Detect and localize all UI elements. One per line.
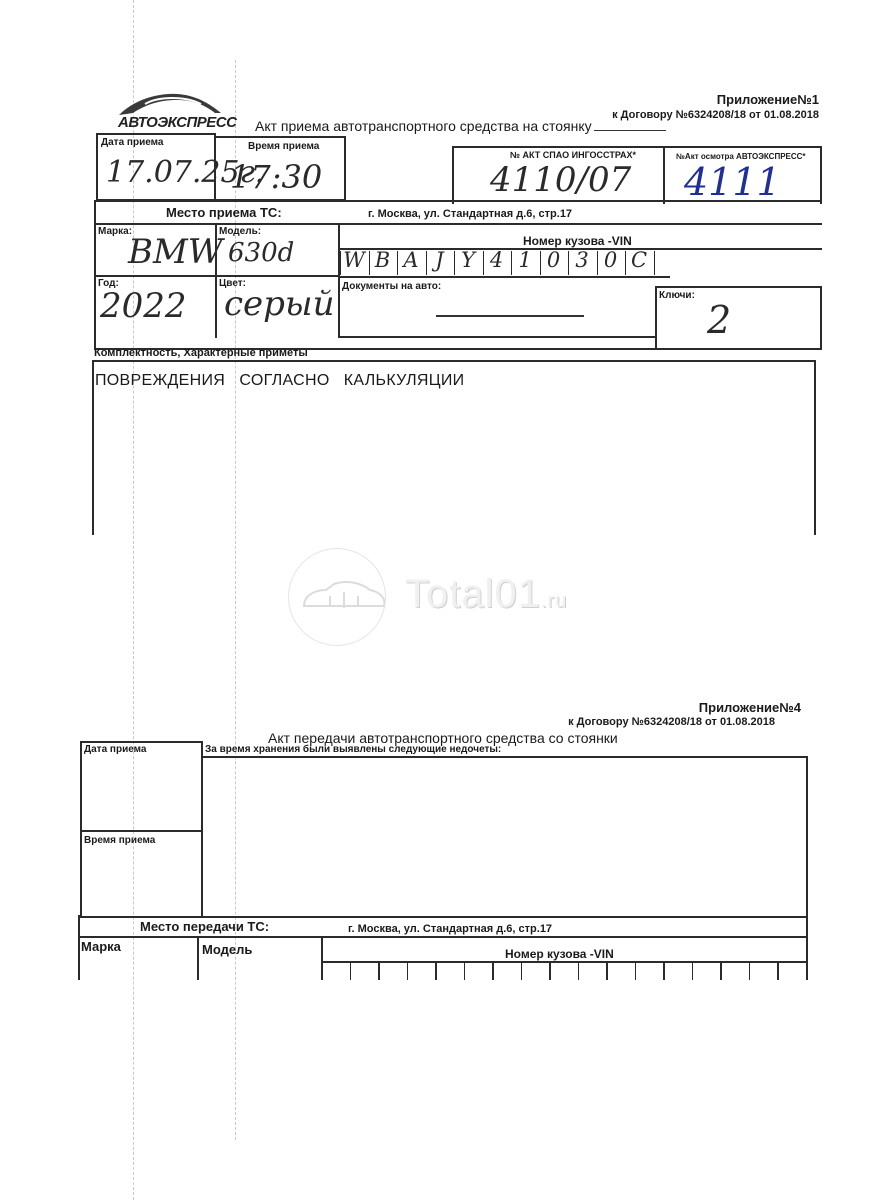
form2-brand-label: Марка — [81, 939, 121, 954]
divider — [663, 146, 665, 204]
form2-place-value: г. Москва, ул. Стандартная д.6, стр.17 — [348, 923, 552, 935]
features-value: ПОВРЕЖДЕНИЯ СОГЛАСНО КАЛЬКУЛЯЦИИ — [95, 372, 464, 390]
divider — [655, 286, 657, 350]
vin-cell-divider — [521, 962, 523, 980]
vin-cell-divider — [635, 962, 637, 980]
place-value: г. Москва, ул. Стандартная д.6, стр.17 — [368, 208, 572, 220]
divider — [94, 223, 822, 225]
vin-cell-divider — [492, 962, 494, 980]
vin-char: 1 — [512, 248, 538, 272]
vin-cell-divider — [578, 962, 580, 980]
form2-defects-label: За время хранения были выявлены следующи… — [205, 744, 501, 755]
watermark-text: Total01.ru — [405, 572, 567, 617]
vin-cell-divider — [692, 962, 694, 980]
form2-time-label: Время приема — [84, 835, 155, 846]
brand-label: Марка: — [98, 226, 132, 237]
vin-cell-divider — [549, 962, 551, 980]
vin-cell-divider — [464, 962, 466, 980]
model-label: Модель: — [219, 226, 261, 237]
features-label: Комплектность, Характерные приметы — [94, 347, 308, 359]
time-value: 17:30 — [230, 158, 322, 196]
vin-cell-divider — [435, 962, 437, 980]
keys-label: Ключи: — [659, 290, 695, 301]
vin-cell-divider — [606, 962, 608, 980]
time-field[interactable]: Время приема 17:30 — [214, 136, 346, 201]
vin-char: 4 — [484, 248, 510, 272]
form2-date-label: Дата приема — [84, 744, 146, 755]
date-label: Дата приема — [101, 137, 163, 148]
vin-char: W — [341, 248, 367, 272]
vin-char: C — [626, 248, 652, 272]
keys-value[interactable]: 2 — [707, 298, 731, 342]
year-value[interactable]: 2022 — [100, 286, 187, 326]
vin-cell-divider — [654, 251, 655, 275]
appendix-1-heading: Приложение№1 — [717, 92, 819, 107]
divider — [78, 915, 80, 980]
divider — [820, 286, 822, 350]
divider — [78, 936, 808, 938]
vin-char: J — [427, 248, 453, 272]
appendix-4-heading: Приложение№4 — [699, 700, 801, 715]
vin-label: Номер кузова -VIN — [523, 234, 632, 248]
form2-vin-input-cells[interactable] — [321, 962, 806, 980]
vin-char: 0 — [541, 248, 567, 272]
documents-label: Документы на авто: — [342, 281, 441, 292]
vin-input-cells[interactable]: WBAJY41030C — [340, 250, 670, 276]
place-label: Место приема ТС: — [166, 205, 282, 220]
autoexpress-logo: АВТОЭКСПРЕСС — [118, 114, 236, 131]
divider — [197, 937, 199, 980]
divider — [340, 276, 670, 278]
vin-char: 3 — [569, 248, 595, 272]
divider — [94, 275, 338, 277]
form1-title: Акт приема автотранспортного средства на… — [255, 118, 666, 134]
vin-cell-divider — [720, 962, 722, 980]
vin-cell-divider — [777, 962, 779, 980]
form2-defects-field[interactable] — [201, 756, 808, 918]
car-silhouette-icon — [115, 89, 225, 117]
form2-model-label: Модель — [202, 942, 252, 957]
divider — [655, 286, 822, 288]
documents-dash — [436, 315, 584, 317]
model-value[interactable]: 630d — [228, 238, 294, 268]
time-label: Время приема — [248, 141, 319, 152]
autoexpress-act-value[interactable]: 4111 — [684, 160, 781, 204]
divider — [338, 223, 340, 338]
ingos-act-value[interactable]: 4110/07 — [490, 160, 631, 200]
date-field[interactable]: Дата приема 17.07.25г. — [96, 133, 216, 201]
form2-place-label: Место передачи ТС: — [140, 919, 269, 934]
divider — [94, 200, 822, 202]
vin-char: A — [398, 248, 424, 272]
color-value[interactable]: серый — [224, 284, 335, 324]
vin-cell-divider — [663, 962, 665, 980]
vin-cell-divider — [407, 962, 409, 980]
form2-vin-label: Номер кузова -VIN — [505, 947, 614, 961]
vin-cell-divider — [350, 962, 352, 980]
ingos-act-label: № АКТ СПАО ИНГОССТРАХ* — [510, 150, 636, 160]
vin-char: 0 — [598, 248, 624, 272]
vin-cell-divider — [749, 962, 751, 980]
car-outline-icon — [300, 578, 390, 618]
divider — [340, 336, 656, 338]
brand-value[interactable]: BMW — [128, 232, 223, 272]
vin-char: Y — [455, 248, 481, 272]
divider — [806, 915, 808, 980]
vin-char: B — [370, 248, 396, 272]
divider — [80, 830, 202, 832]
contract-reference-4: к Договору №6324208/18 от 01.08.2018 — [568, 716, 775, 728]
vin-cell-divider — [378, 962, 380, 980]
